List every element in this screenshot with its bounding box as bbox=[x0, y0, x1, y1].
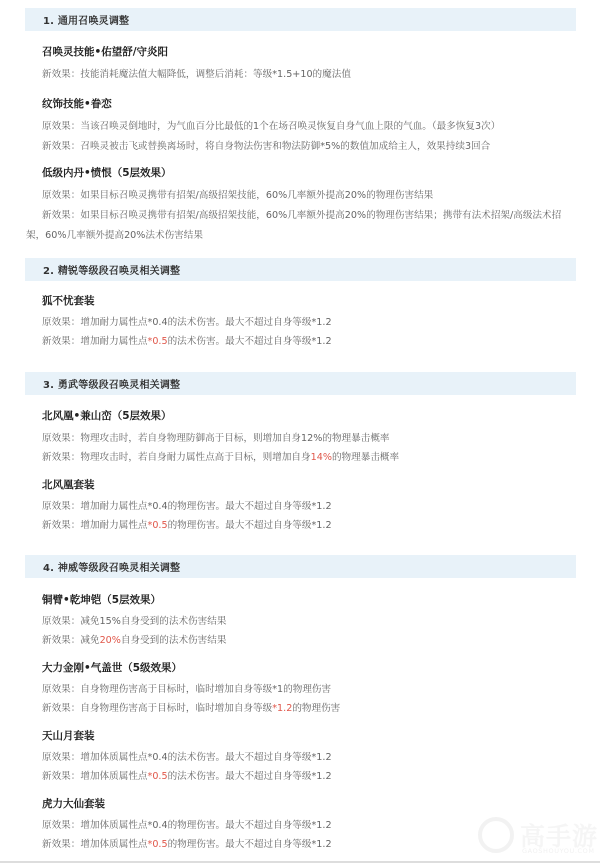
new-effect-suffix: 的物理暴击概率 bbox=[332, 452, 399, 463]
new-effect-prefix: 新效果：增加耐力属性点 bbox=[42, 336, 148, 347]
old-effect-line: 原效果：增加体质属性点*0.4的法术伤害。最大不超过自身等级*1.2 bbox=[42, 749, 332, 763]
watermark-subtext: GAOSHOUYOU.COM bbox=[522, 847, 595, 855]
item-title: 北风凰•兼山峦（5层效果） bbox=[42, 408, 172, 423]
old-effect-line: 原效果：增加体质属性点*0.4的物理伤害。最大不超过自身等级*1.2 bbox=[42, 817, 332, 831]
changed-value: 20% bbox=[100, 635, 121, 646]
item-title: 狐不忧套装 bbox=[42, 293, 95, 308]
item-title: 纹饰技能•眷恋 bbox=[42, 96, 112, 111]
new-effect-line: 新效果：技能消耗魔法值大幅降低，调整后消耗：等级*1.5+10的魔法值 bbox=[42, 66, 351, 80]
new-effect-prefix: 新效果：自身物理伤害高于目标时，临时增加自身等级 bbox=[42, 703, 272, 714]
section-title: 3. 勇武等级段召唤灵相关调整 bbox=[43, 376, 180, 391]
section-header-3: 3. 勇武等级段召唤灵相关调整 bbox=[25, 372, 576, 395]
new-effect-line: 新效果：增加体质属性点*0.5的物理伤害。最大不超过自身等级*1.2 bbox=[42, 836, 332, 850]
item-title: 天山月套装 bbox=[42, 728, 95, 743]
new-effect-suffix: 自身受到的法术伤害结果 bbox=[121, 635, 227, 646]
old-effect-line: 原效果：减免15%自身受到的法术伤害结果 bbox=[42, 613, 226, 627]
new-effect-line: 新效果：增加体质属性点*0.5的法术伤害。最大不超过自身等级*1.2 bbox=[42, 768, 332, 782]
new-effect-suffix: 的法术伤害。最大不超过自身等级*1.2 bbox=[168, 771, 332, 782]
changed-value: *0.5 bbox=[148, 839, 168, 850]
old-effect-line: 原效果：自身物理伤害高于目标时，临时增加自身等级*1的物理伤害 bbox=[42, 681, 331, 695]
section-title: 4. 神威等级段召唤灵相关调整 bbox=[43, 559, 180, 574]
old-effect-line: 原效果：物理攻击时，若自身物理防御高于目标，则增加自身12%的物理暴击概率 bbox=[42, 430, 390, 444]
new-effect-line: 新效果：召唤灵被击飞或替换离场时，将自身物法伤害和物法防御*5%的数值加成给主人… bbox=[42, 138, 490, 152]
section-header-4: 4. 神威等级段召唤灵相关调整 bbox=[25, 555, 576, 578]
new-effect-prefix: 新效果：增加体质属性点 bbox=[42, 771, 148, 782]
item-title: 虎力大仙套装 bbox=[42, 796, 105, 811]
changed-value: 14% bbox=[311, 452, 332, 463]
new-effect-suffix: 的物理伤害。最大不超过自身等级*1.2 bbox=[168, 520, 332, 531]
new-effect-prefix: 新效果：减免 bbox=[42, 635, 100, 646]
new-effect-suffix: 的法术伤害。最大不超过自身等级*1.2 bbox=[168, 336, 332, 347]
old-effect-line: 原效果：增加耐力属性点*0.4的物理伤害。最大不超过自身等级*1.2 bbox=[42, 498, 332, 512]
changed-value: *0.5 bbox=[148, 771, 168, 782]
changed-value: *0.5 bbox=[148, 520, 168, 531]
watermark-logo-icon bbox=[478, 817, 514, 853]
old-effect-line: 原效果：增加耐力属性点*0.4的法术伤害。最大不超过自身等级*1.2 bbox=[42, 314, 332, 328]
item-title: 铜臂•乾坤铠（5层效果） bbox=[42, 592, 161, 607]
new-effect-line: 新效果：自身物理伤害高于目标时，临时增加自身等级*1.2的物理伤害 bbox=[42, 700, 340, 714]
new-effect-line: 新效果：增加耐力属性点*0.5的物理伤害。最大不超过自身等级*1.2 bbox=[42, 517, 332, 531]
new-effect-prefix: 新效果：增加耐力属性点 bbox=[42, 520, 148, 531]
new-effect-line-continued: 架，60%几率额外提高20%法术伤害结果 bbox=[26, 227, 203, 241]
section-title: 2. 精锐等级段召唤灵相关调整 bbox=[43, 262, 180, 277]
item-title: 召唤灵技能•佑望舒/守炎阳 bbox=[42, 44, 168, 59]
new-effect-line: 新效果：增加耐力属性点*0.5的法术伤害。最大不超过自身等级*1.2 bbox=[42, 333, 332, 347]
changed-value: *0.5 bbox=[148, 336, 168, 347]
section-header-2: 2. 精锐等级段召唤灵相关调整 bbox=[25, 258, 576, 281]
section-title: 1. 通用召唤灵调整 bbox=[43, 12, 129, 27]
new-effect-line: 新效果：减免20%自身受到的法术伤害结果 bbox=[42, 632, 226, 646]
changed-value: *1.2 bbox=[272, 703, 292, 714]
watermark: 高手游 GAOSHOUYOU.COM bbox=[478, 815, 600, 860]
new-effect-suffix: 的物理伤害 bbox=[292, 703, 340, 714]
new-effect-line: 新效果：物理攻击时，若自身耐力属性点高于目标，则增加自身14%的物理暴击概率 bbox=[42, 449, 399, 463]
new-effect-line: 新效果：如果目标召唤灵携带有招架/高级招架技能，60%几率额外提高20%的物理伤… bbox=[42, 207, 561, 221]
old-effect-line: 原效果：当该召唤灵倒地时，为气血百分比最低的1个在场召唤灵恢复自身气血上限的气血… bbox=[42, 118, 500, 132]
new-effect-prefix: 新效果：物理攻击时，若自身耐力属性点高于目标，则增加自身 bbox=[42, 452, 311, 463]
item-title: 低级内丹•愤恨（5层效果） bbox=[42, 165, 172, 180]
new-effect-prefix: 新效果：增加体质属性点 bbox=[42, 839, 148, 850]
item-title: 北风凰套装 bbox=[42, 477, 95, 492]
item-title: 大力金刚•气盖世（5级效果） bbox=[42, 660, 182, 675]
section-header-1: 1. 通用召唤灵调整 bbox=[25, 8, 576, 31]
new-effect-suffix: 的物理伤害。最大不超过自身等级*1.2 bbox=[168, 839, 332, 850]
old-effect-line: 原效果：如果目标召唤灵携带有招架/高级招架技能，60%几率额外提高20%的物理伤… bbox=[42, 187, 433, 201]
